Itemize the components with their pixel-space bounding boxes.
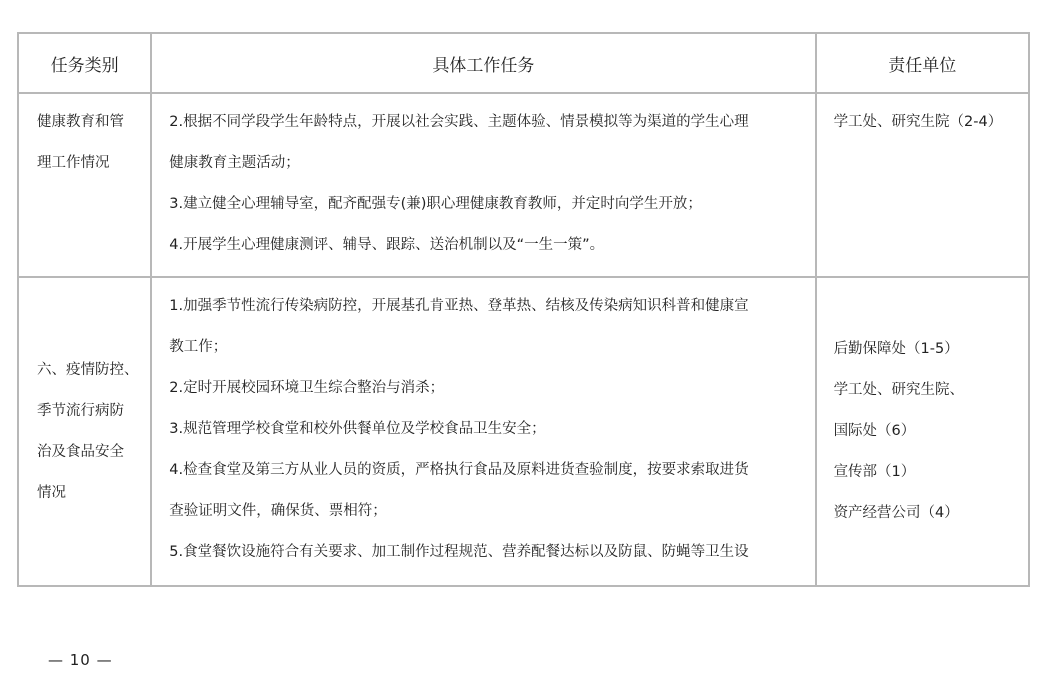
unit-line: 后勤保障处（1-5） (834, 329, 1022, 370)
category-line: 情况 (37, 473, 142, 514)
table-row: 健康教育和管 理工作情况 2.根据不同学段学生年龄特点，开展以社会实践、主题体验… (18, 93, 1029, 277)
task-line: 4.检查食堂及第三方从业人员的资质，严格执行食品及原料进货查验制度，按要求索取进… (169, 450, 804, 491)
category-line: 治及食品安全 (37, 432, 142, 473)
unit-cell: 学工处、研究生院（2-4） (816, 93, 1029, 277)
task-line: 2.定时开展校园环境卫生综合整治与消杀； (169, 368, 804, 409)
unit-cell: 后勤保障处（1-5） 学工处、研究生院、 国际处（6） 宣传部（1） 资产经营公… (816, 277, 1029, 586)
unit-line: 宣传部（1） (834, 452, 1022, 493)
task-line: 1.加强季节性流行传染病防控，开展基孔肯亚热、登革热、结核及传染病知识科普和健康… (169, 286, 804, 327)
unit-line: 资产经营公司（4） (834, 493, 1022, 534)
task-line: 4.开展学生心理健康测评、辅导、跟踪、送治机制以及“一生一策”。 (169, 225, 804, 266)
task-line: 教工作； (169, 327, 804, 368)
work-task-table: 任务类别 具体工作任务 责任单位 健康教育和管 理工作情况 2.根据不同学段学生… (17, 32, 1030, 587)
task-line: 查验证明文件，确保货、票相符； (169, 491, 804, 532)
category-line: 健康教育和管 (37, 102, 142, 143)
task-line: 3.建立健全心理辅导室，配齐配强专(兼)职心理健康教育教师，并定时向学生开放； (169, 184, 804, 225)
category-cell: 六、疫情防控、 季节流行病防 治及食品安全 情况 (18, 277, 151, 586)
unit-line: 学工处、研究生院（2-4） (834, 102, 1022, 143)
header-unit: 责任单位 (816, 33, 1029, 93)
table-header-row: 任务类别 具体工作任务 责任单位 (18, 33, 1029, 93)
unit-line: 学工处、研究生院、 (834, 370, 1022, 411)
task-cell: 1.加强季节性流行传染病防控，开展基孔肯亚热、登革热、结核及传染病知识科普和健康… (151, 277, 815, 586)
category-line: 季节流行病防 (37, 391, 142, 432)
category-line: 六、疫情防控、 (37, 350, 142, 391)
task-line: 2.根据不同学段学生年龄特点，开展以社会实践、主题体验、情景模拟等为渠道的学生心… (169, 102, 804, 143)
task-line: 3.规范管理学校食堂和校外供餐单位及学校食品卫生安全； (169, 409, 804, 450)
table-row: 六、疫情防控、 季节流行病防 治及食品安全 情况 1.加强季节性流行传染病防控，… (18, 277, 1029, 586)
task-line: 健康教育主题活动； (169, 143, 804, 184)
task-cell: 2.根据不同学段学生年龄特点，开展以社会实践、主题体验、情景模拟等为渠道的学生心… (151, 93, 815, 277)
header-task: 具体工作任务 (151, 33, 815, 93)
task-line: 5.食堂餐饮设施符合有关要求、加工制作过程规范、营养配餐达标以及防鼠、防蝇等卫生… (169, 532, 804, 573)
category-line: 理工作情况 (37, 143, 142, 184)
category-cell: 健康教育和管 理工作情况 (18, 93, 151, 277)
unit-line: 国际处（6） (834, 411, 1022, 452)
header-category: 任务类别 (18, 33, 151, 93)
page-number: — 10 — (48, 651, 113, 669)
